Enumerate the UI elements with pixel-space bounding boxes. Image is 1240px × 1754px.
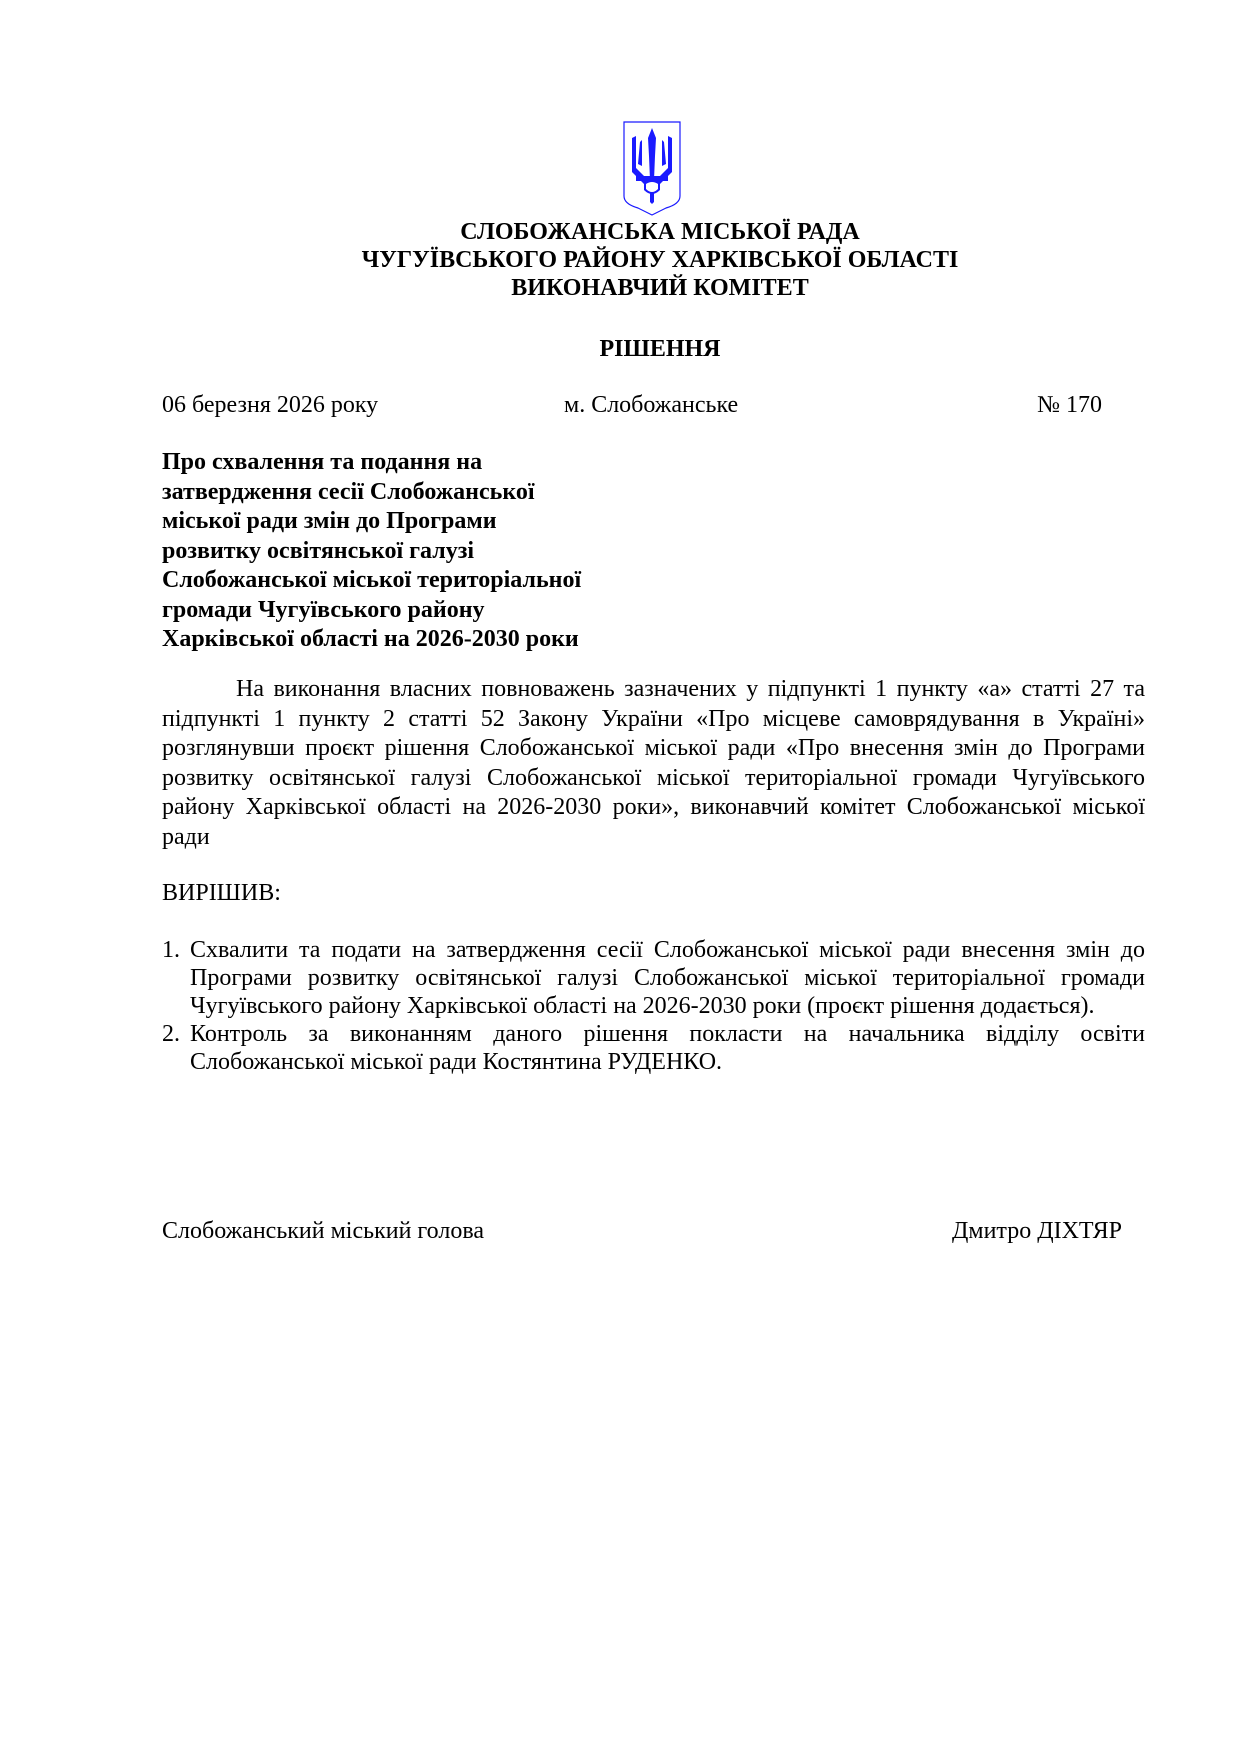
subject-line: затвердження сесії Слобожанської xyxy=(162,478,581,508)
decision-text: Схвалити та подати на затвердження сесії… xyxy=(190,937,1145,1019)
signatory-name: Дмитро ДІХТЯР xyxy=(952,1218,1122,1245)
header-line-district: ЧУГУЇВСЬКОГО РАЙОНУ ХАРКІВСЬКОЇ ОБЛАСТІ xyxy=(0,246,1240,274)
document-number: № 170 xyxy=(1037,392,1102,419)
subject-line: Харківської області на 2026-2030 роки xyxy=(162,625,581,655)
subject-line: Слобожанської міської територіальної xyxy=(162,566,581,596)
header-line-council: СЛОБОЖАНСЬКА МІСЬКОЇ РАДА xyxy=(0,218,1240,246)
document-subject: Про схвалення та подання на затвердження… xyxy=(162,448,581,655)
subject-line: Про схвалення та подання на xyxy=(162,448,581,478)
subject-line: міської ради змін до Програми xyxy=(162,507,581,537)
preamble-paragraph: На виконання власних повноважень зазначе… xyxy=(162,675,1145,852)
decisions-list: 1. Схвалити та подати на затвердження се… xyxy=(162,936,1145,1076)
decision-item: 1. Схвалити та подати на затвердження се… xyxy=(162,936,1145,1020)
decision-text: Контроль за виконанням даного рішення по… xyxy=(190,1021,1145,1075)
document-type-title: РІШЕННЯ xyxy=(0,336,1240,363)
decision-number: 1. xyxy=(162,936,180,964)
decided-label: ВИРІШИВ: xyxy=(162,880,281,907)
coat-of-arms-icon xyxy=(622,118,682,218)
document-city: м. Слобожанське xyxy=(564,392,738,419)
subject-line: громади Чугуївського району xyxy=(162,596,581,626)
signatory-position: Слобожанський міський голова xyxy=(162,1218,484,1245)
decision-item: 2. Контроль за виконанням даного рішення… xyxy=(162,1020,1145,1076)
subject-line: розвитку освітянської галузі xyxy=(162,537,581,567)
document-page: СЛОБОЖАНСЬКА МІСЬКОЇ РАДА ЧУГУЇВСЬКОГО Р… xyxy=(0,0,1240,1754)
header-line-committee: ВИКОНАВЧИЙ КОМІТЕТ xyxy=(0,274,1240,302)
decision-number: 2. xyxy=(162,1020,180,1048)
issuer-header: СЛОБОЖАНСЬКА МІСЬКОЇ РАДА ЧУГУЇВСЬКОГО Р… xyxy=(0,218,1240,302)
document-date: 06 березня 2026 року xyxy=(162,392,378,419)
